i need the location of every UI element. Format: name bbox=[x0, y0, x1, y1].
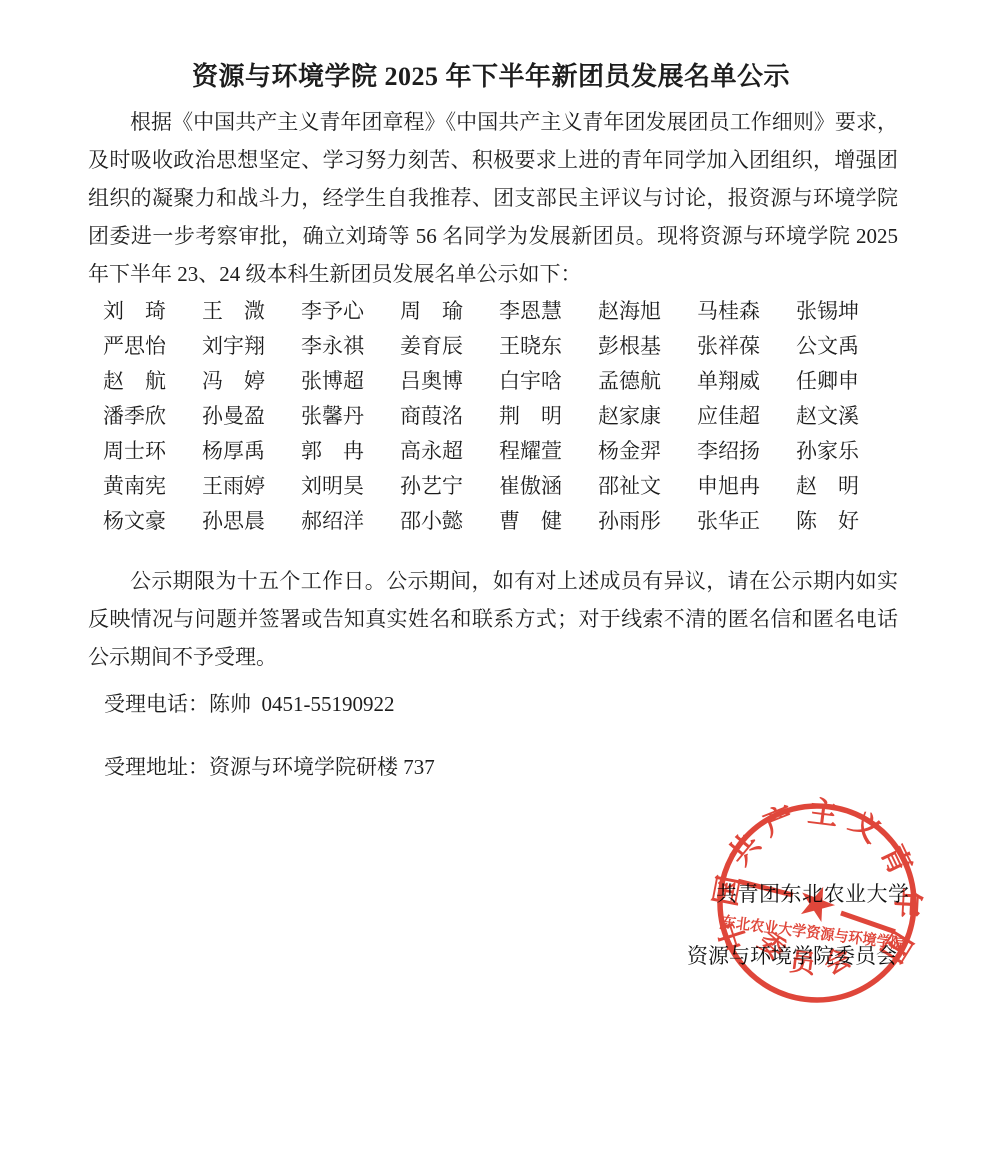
member-name: 商葭洺 bbox=[400, 399, 499, 434]
member-name: 杨厚禹 bbox=[202, 434, 301, 469]
member-name: 公文禹 bbox=[796, 329, 895, 364]
member-name: 刘 琦 bbox=[103, 294, 202, 329]
member-name: 李恩慧 bbox=[499, 294, 598, 329]
member-name: 程耀萱 bbox=[499, 434, 598, 469]
notice-paragraph: 公示期限为十五个工作日。公示期间，如有对上述成员有异议，请在公示期内如实反映情况… bbox=[88, 562, 898, 676]
member-name: 陈 好 bbox=[796, 504, 895, 539]
member-name: 孙曼盈 bbox=[202, 399, 301, 434]
member-name: 应佳超 bbox=[697, 399, 796, 434]
member-name: 高永超 bbox=[400, 434, 499, 469]
member-name: 周 瑜 bbox=[400, 294, 499, 329]
member-name: 冯 婷 bbox=[202, 364, 301, 399]
member-name: 申旭冉 bbox=[697, 469, 796, 504]
member-name-grid: 刘 琦王 溦李予心周 瑜李恩慧赵海旭马桂森张锡坤严思怡刘宇翔李永祺姜育辰王晓东彭… bbox=[103, 294, 895, 539]
member-name: 严思怡 bbox=[103, 329, 202, 364]
member-name: 赵文溪 bbox=[796, 399, 895, 434]
member-name: 李绍扬 bbox=[697, 434, 796, 469]
member-name: 张博超 bbox=[301, 364, 400, 399]
member-name: 孙艺宁 bbox=[400, 469, 499, 504]
member-name: 黄南宪 bbox=[103, 469, 202, 504]
member-name: 彭根基 bbox=[598, 329, 697, 364]
member-name: 张锡坤 bbox=[796, 294, 895, 329]
contact-address: 受理地址：资源与环境学院研楼 737 bbox=[104, 751, 435, 781]
member-name: 孙雨彤 bbox=[598, 504, 697, 539]
member-name: 杨文豪 bbox=[103, 504, 202, 539]
member-name: 赵 航 bbox=[103, 364, 202, 399]
official-seal: 中国共产主义青年团 ★ 东北农业大学资源与环境学院 委员会 bbox=[704, 790, 930, 1016]
member-name: 张祥葆 bbox=[697, 329, 796, 364]
member-name: 任卿申 bbox=[796, 364, 895, 399]
member-name: 单翔威 bbox=[697, 364, 796, 399]
member-name: 崔傲涵 bbox=[499, 469, 598, 504]
member-name: 邵小懿 bbox=[400, 504, 499, 539]
contact-phone: 受理电话：陈帅 0451-55190922 bbox=[104, 688, 395, 718]
member-name: 王 溦 bbox=[202, 294, 301, 329]
member-name: 曹 健 bbox=[499, 504, 598, 539]
member-name: 邵祉文 bbox=[598, 469, 697, 504]
member-name: 孟德航 bbox=[598, 364, 697, 399]
member-name: 赵 明 bbox=[796, 469, 895, 504]
member-name: 孙家乐 bbox=[796, 434, 895, 469]
member-name: 郭 冉 bbox=[301, 434, 400, 469]
member-name: 王雨婷 bbox=[202, 469, 301, 504]
member-name: 周士环 bbox=[103, 434, 202, 469]
page-title: 资源与环境学院 2025 年下半年新团员发展名单公示 bbox=[0, 56, 982, 93]
member-name: 张华正 bbox=[697, 504, 796, 539]
member-name: 李予心 bbox=[301, 294, 400, 329]
member-name: 赵家康 bbox=[598, 399, 697, 434]
announcement-page: 资源与环境学院 2025 年下半年新团员发展名单公示 根据《中国共产主义青年团章… bbox=[0, 0, 982, 1162]
member-name: 张馨丹 bbox=[301, 399, 400, 434]
intro-paragraph: 根据《中国共产主义青年团章程》《中国共产主义青年团发展团员工作细则》要求，及时吸… bbox=[88, 103, 898, 293]
member-name: 吕奥博 bbox=[400, 364, 499, 399]
member-name: 王晓东 bbox=[499, 329, 598, 364]
member-name: 孙思晨 bbox=[202, 504, 301, 539]
member-name: 赵海旭 bbox=[598, 294, 697, 329]
member-name: 荆 明 bbox=[499, 399, 598, 434]
seal-right-bar bbox=[839, 913, 896, 932]
seal-left-bar bbox=[737, 881, 793, 895]
member-name: 杨金羿 bbox=[598, 434, 697, 469]
member-name: 姜育辰 bbox=[400, 329, 499, 364]
member-name: 刘宇翔 bbox=[202, 329, 301, 364]
member-name: 白宇唅 bbox=[499, 364, 598, 399]
member-name: 郝绍洋 bbox=[301, 504, 400, 539]
member-name: 马桂森 bbox=[697, 294, 796, 329]
member-name: 潘季欣 bbox=[103, 399, 202, 434]
member-name: 李永祺 bbox=[301, 329, 400, 364]
member-name: 刘明昊 bbox=[301, 469, 400, 504]
